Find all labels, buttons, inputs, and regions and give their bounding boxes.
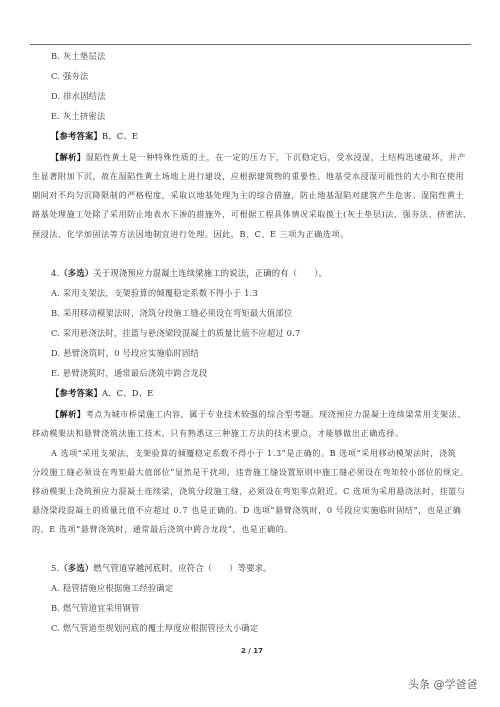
question-5-stem: 5.（多选）燃气管道穿越河底时，应符合（ ）等要求。: [51, 563, 272, 573]
question-4-option-e: E. 悬臂浇筑时，通常最后浇筑中跨合龙段: [51, 368, 207, 378]
header-rule: [30, 44, 471, 45]
reference-answer: 【参考答案】A、C、D、E: [51, 388, 153, 398]
question-4-option-b: B. 采用移动模架法时，浇筑分段施工缝必须设在弯矩最大值部位: [51, 308, 292, 318]
option-c: C. 强夯法: [51, 71, 88, 81]
question-4-option-c: C. 采用悬浇法时，挂篮与悬浇梁段混凝土的质量比值不应超过 0.7: [51, 328, 300, 338]
reference-answer: 【参考答案】B、C、E: [51, 131, 138, 141]
option-b: B. 灰土垫层法: [51, 51, 105, 61]
analysis-line: 移动模架上浇筑预应力混凝土连续梁，浇筑分段施工缝，必须设在弯矩零点附近。C 选项…: [32, 486, 465, 496]
analysis-line: 【解析】考点为城市桥梁施工内容，属于专业技术较强的综合型考题。现浇预应力混凝土连…: [51, 409, 466, 419]
question-5-option-c: C. 燃气管道至规划河底的覆土厚度应根据管径大小确定: [51, 623, 258, 633]
question-4-option-d: D. 悬臂浇筑时，0 号段应实施临时固结: [51, 348, 199, 358]
analysis-line: 分段施工缝必须设在弯矩最大值部位”显然是干扰项，违背施工缝设置原则中施工缝必须设…: [32, 467, 469, 477]
analysis-line: 期间对不均匀沉降限制的严格程度，采取以地基处理为主的综合措施，防止地基湿陷对建筑…: [32, 190, 464, 200]
analysis-line: A 选项“采用支架法，支架验算的倾覆稳定系数不得小于 1.3”是正确的。B 选项…: [51, 448, 456, 458]
analysis-line: 路基处理施工处除了采用防止地表水下渗的措施外，可根据工程具体情况采取换土(灰土垫…: [32, 209, 472, 219]
page-number: 2 / 17: [241, 647, 263, 655]
analysis-line: 的。E 选项“悬臂浇筑时，通常最后浇筑中跨合龙段”，也是正确的。: [32, 524, 293, 534]
option-d: D. 排水固结法: [51, 91, 106, 101]
analysis-line: 生显著附加下沉，故在湿陷性黄土场地上进行建设，应根据建筑物的重要性、地基受水浸湿…: [32, 171, 464, 181]
analysis-line: 悬浇梁段混凝土的质量比值不应超过 0.7 也是正确的。D 选项“悬臂浇筑时，0 …: [32, 505, 461, 515]
question-5-option-a: A. 稳管措施应根据施工经验确定: [51, 583, 173, 593]
question-4-option-a: A. 采用支架法，支架验算的倾覆稳定系数不得小于 1.3: [51, 288, 258, 298]
question-4-stem: 4.（多选）关于现浇预应力混凝土连续梁施工的说法，正确的有（ ）。: [51, 268, 327, 278]
option-e: E. 灰土挤密法: [51, 111, 105, 121]
analysis-line: 移动模架法和悬臂浇筑法施工技术。只有熟悉这三种施工方法的技术要点，才能够做出正确…: [32, 428, 404, 438]
question-5-option-b: B. 燃气管道宜采用钢管: [51, 603, 139, 613]
watermark: 头条 @学爸爸: [408, 676, 478, 692]
analysis-line: 【解析】湿陷性黄土是一种特殊性质的土，在一定的压力下，下沉稳定后，受水浸湿，土结…: [51, 152, 466, 162]
analysis-line: 预浸法、化学加固法等方法因地制宜进行处理。因此，B、C、E 三项为正确选项。: [32, 229, 349, 239]
